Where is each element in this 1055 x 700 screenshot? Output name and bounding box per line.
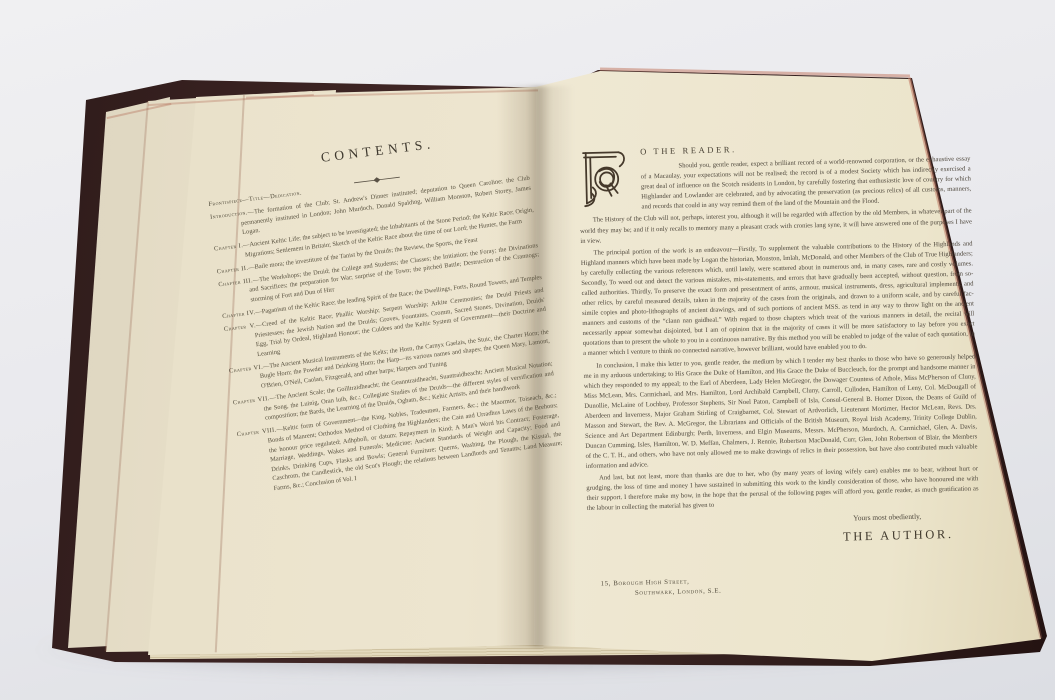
toc-entry-label: Chapter VI.: [229, 363, 264, 374]
to-the-reader-letter: O THE READER. Should you, gentle reader,…: [578, 136, 981, 600]
toc-entry-label: Chapter V.: [223, 322, 256, 333]
table-of-contents: Frontispiece—Title—Dedication. Introduct…: [208, 161, 565, 501]
book-photograph: CONTENTS. Frontispiece—Title—Dedication.…: [0, 0, 1055, 700]
reader-paragraph: And last, but not least, more than thank…: [586, 465, 979, 515]
reader-paragraph: In conclusion, I make this letter to you…: [583, 352, 978, 472]
reader-paragraph: The principal portion of the work is an …: [581, 239, 976, 359]
reader-paragraph: Should you, gentle reader, expect a bril…: [578, 154, 971, 214]
celtic-initial-ornament-icon: [578, 146, 633, 209]
toc-entry-label: Chapter I.: [214, 242, 244, 253]
toc-entry-label: Chapter II.: [216, 264, 248, 275]
drop-cap-initial: [578, 146, 633, 209]
toc-entry-label: Chapter IV.: [222, 309, 256, 320]
